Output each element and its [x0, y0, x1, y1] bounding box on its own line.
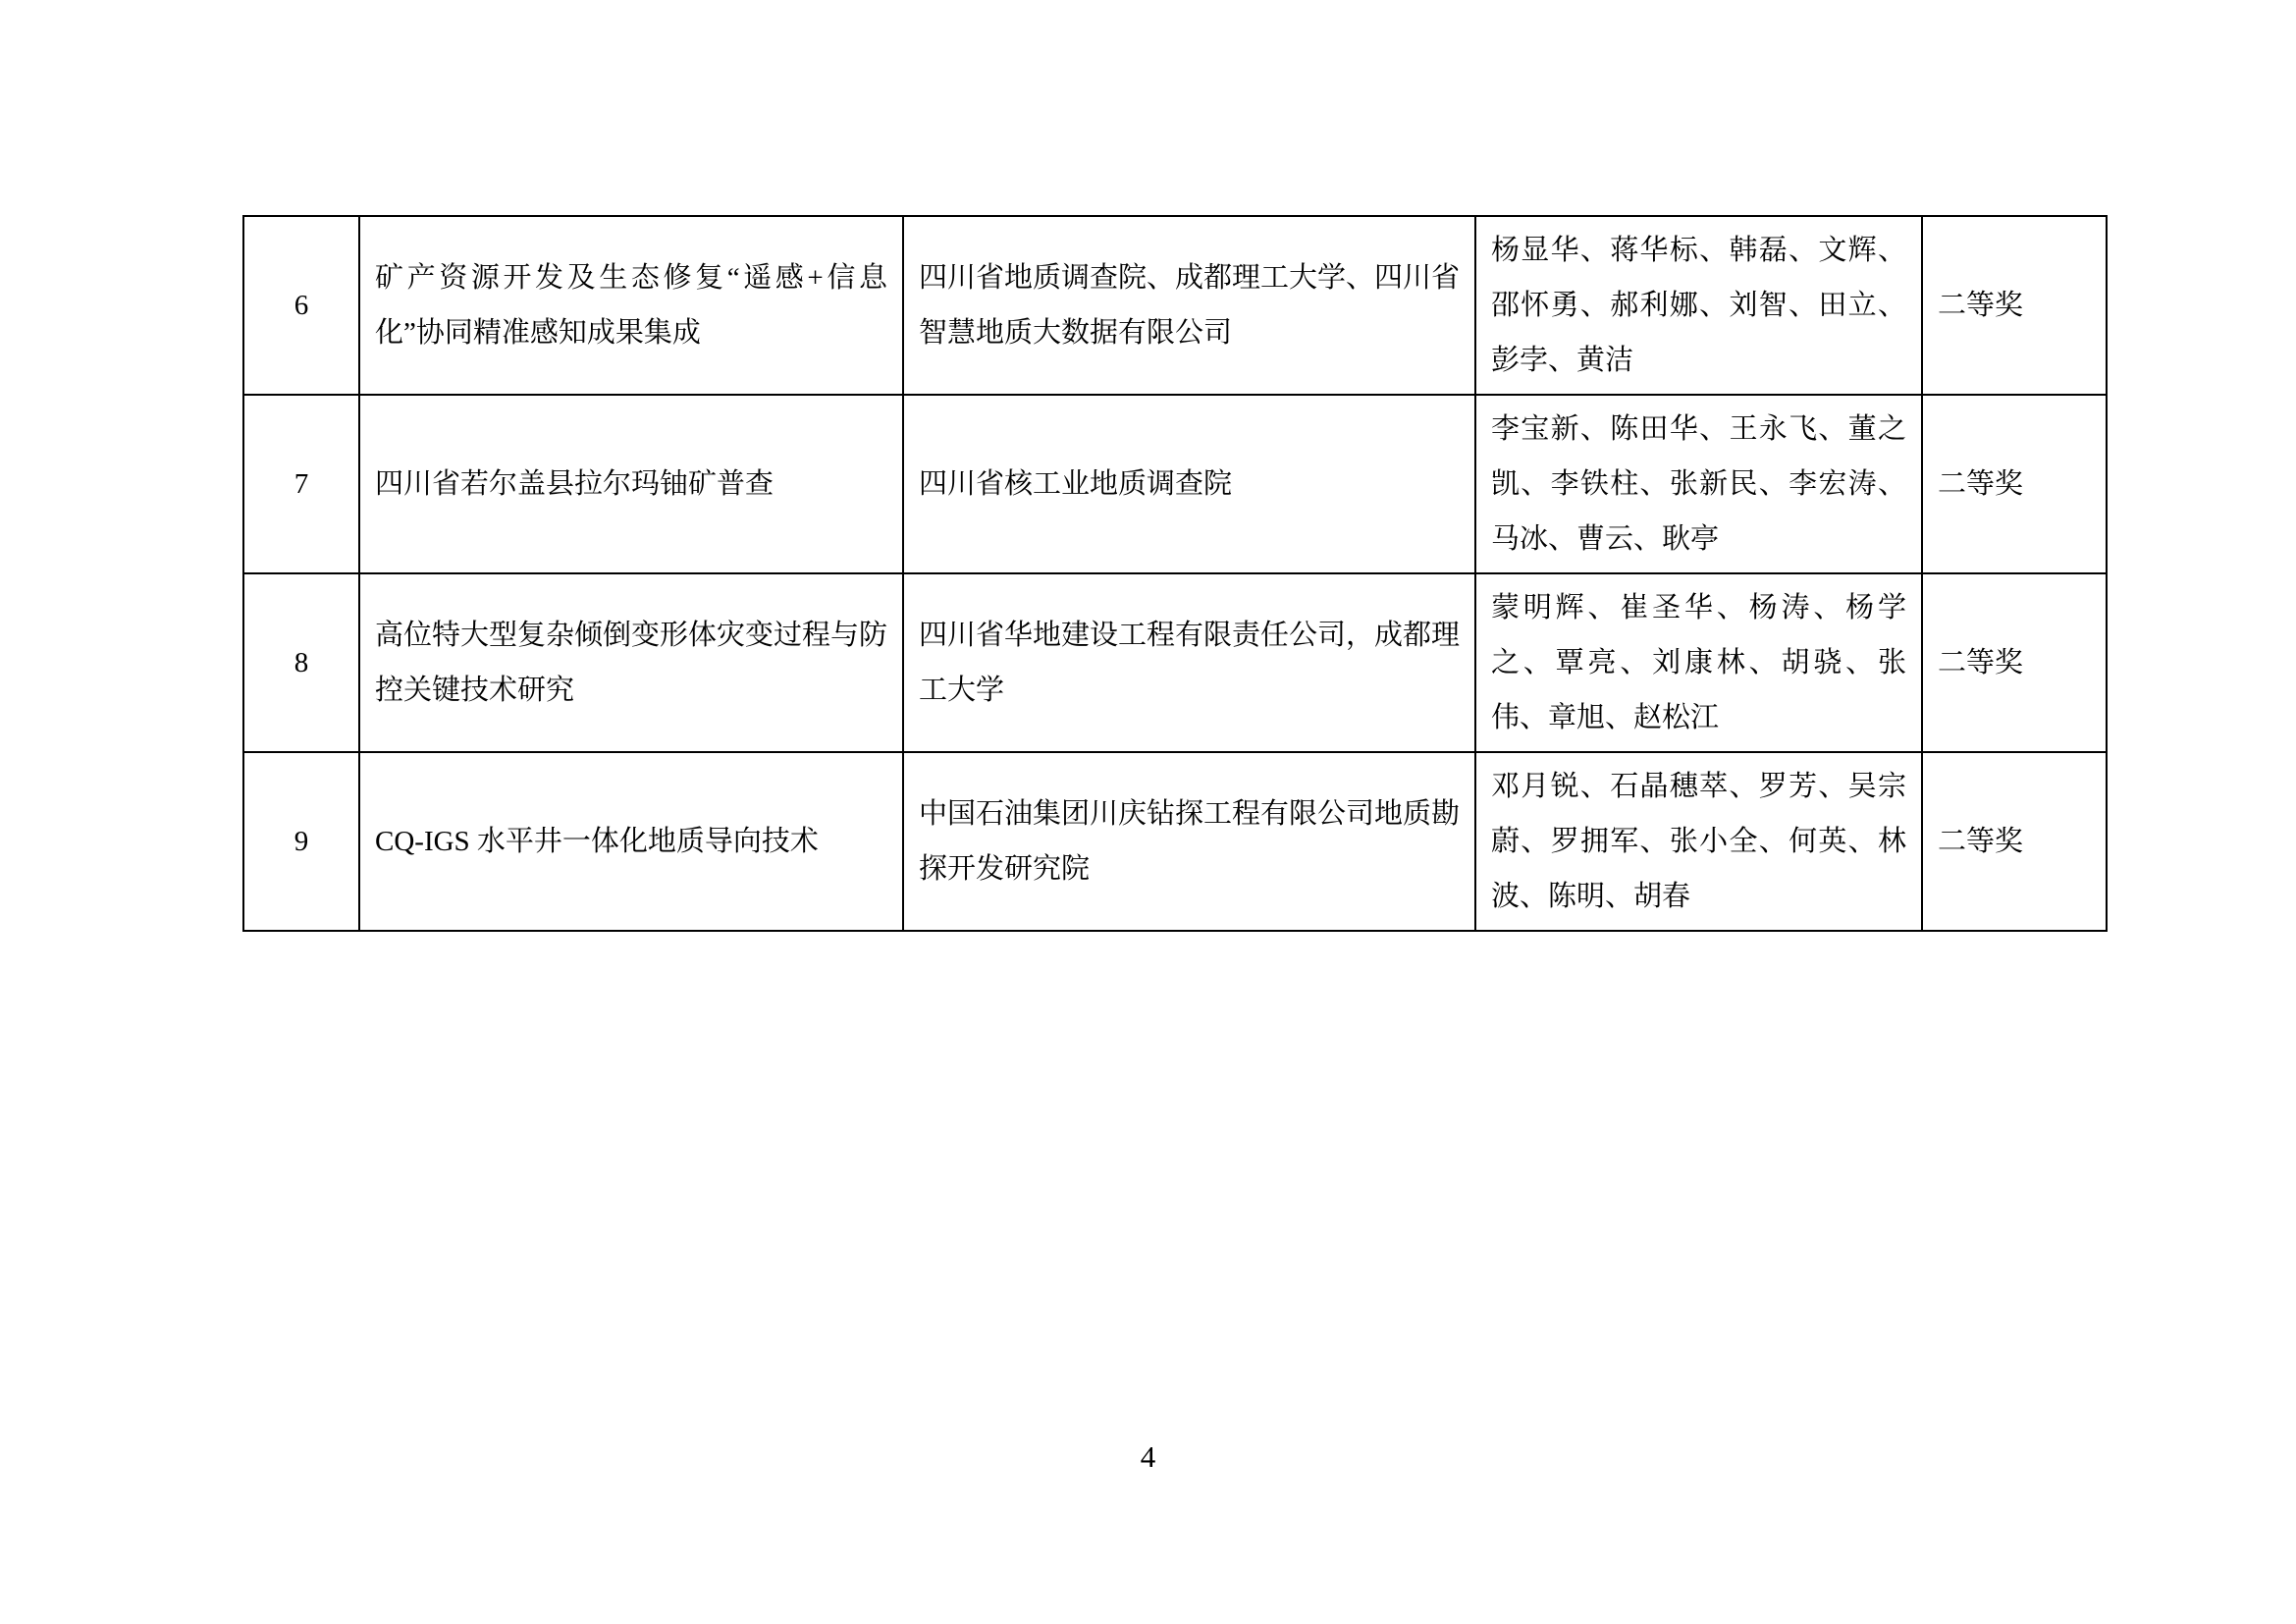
page-number: 4 [0, 1439, 2296, 1475]
team-members-cell: 李宝新、陈田华、王永飞、董之凯、李铁柱、张新民、李宏涛、马冰、曹云、耿亭 [1475, 395, 1922, 573]
team-members-cell: 邓月锐、石晶穗萃、罗芳、吴宗蔚、罗拥军、张小全、何英、林波、陈明、胡春 [1475, 752, 1922, 931]
organization-cell: 四川省地质调查院、成都理工大学、四川省智慧地质大数据有限公司 [903, 216, 1475, 395]
project-name-cell: 矿产资源开发及生态修复“遥感+信息化”协同精准感知成果集成 [359, 216, 903, 395]
awards-table: 6 矿产资源开发及生态修复“遥感+信息化”协同精准感知成果集成 四川省地质调查院… [242, 215, 2108, 932]
row-number-cell: 9 [243, 752, 359, 931]
row-number-cell: 8 [243, 573, 359, 752]
award-level-cell: 二等奖 [1922, 573, 2107, 752]
award-level-cell: 二等奖 [1922, 395, 2107, 573]
table-row: 7 四川省若尔盖县拉尔玛铀矿普查 四川省核工业地质调查院 李宝新、陈田华、王永飞… [243, 395, 2107, 573]
project-name-cell: 高位特大型复杂倾倒变形体灾变过程与防控关键技术研究 [359, 573, 903, 752]
award-level-cell: 二等奖 [1922, 752, 2107, 931]
award-level-cell: 二等奖 [1922, 216, 2107, 395]
row-number-cell: 6 [243, 216, 359, 395]
project-name-cell: CQ-IGS 水平井一体化地质导向技术 [359, 752, 903, 931]
project-name-cell: 四川省若尔盖县拉尔玛铀矿普查 [359, 395, 903, 573]
table-row: 8 高位特大型复杂倾倒变形体灾变过程与防控关键技术研究 四川省华地建设工程有限责… [243, 573, 2107, 752]
organization-cell: 四川省华地建设工程有限责任公司，成都理工大学 [903, 573, 1475, 752]
organization-cell: 中国石油集团川庆钻探工程有限公司地质勘探开发研究院 [903, 752, 1475, 931]
table-row: 9 CQ-IGS 水平井一体化地质导向技术 中国石油集团川庆钻探工程有限公司地质… [243, 752, 2107, 931]
organization-cell: 四川省核工业地质调查院 [903, 395, 1475, 573]
team-members-cell: 杨显华、蒋华标、韩磊、文辉、邵怀勇、郝利娜、刘智、田立、彭孛、黄洁 [1475, 216, 1922, 395]
row-number-cell: 7 [243, 395, 359, 573]
table-row: 6 矿产资源开发及生态修复“遥感+信息化”协同精准感知成果集成 四川省地质调查院… [243, 216, 2107, 395]
document-page: 6 矿产资源开发及生态修复“遥感+信息化”协同精准感知成果集成 四川省地质调查院… [0, 0, 2296, 1624]
team-members-cell: 蒙明辉、崔圣华、杨涛、杨学之、覃亮、刘康林、胡骁、张伟、章旭、赵松江 [1475, 573, 1922, 752]
